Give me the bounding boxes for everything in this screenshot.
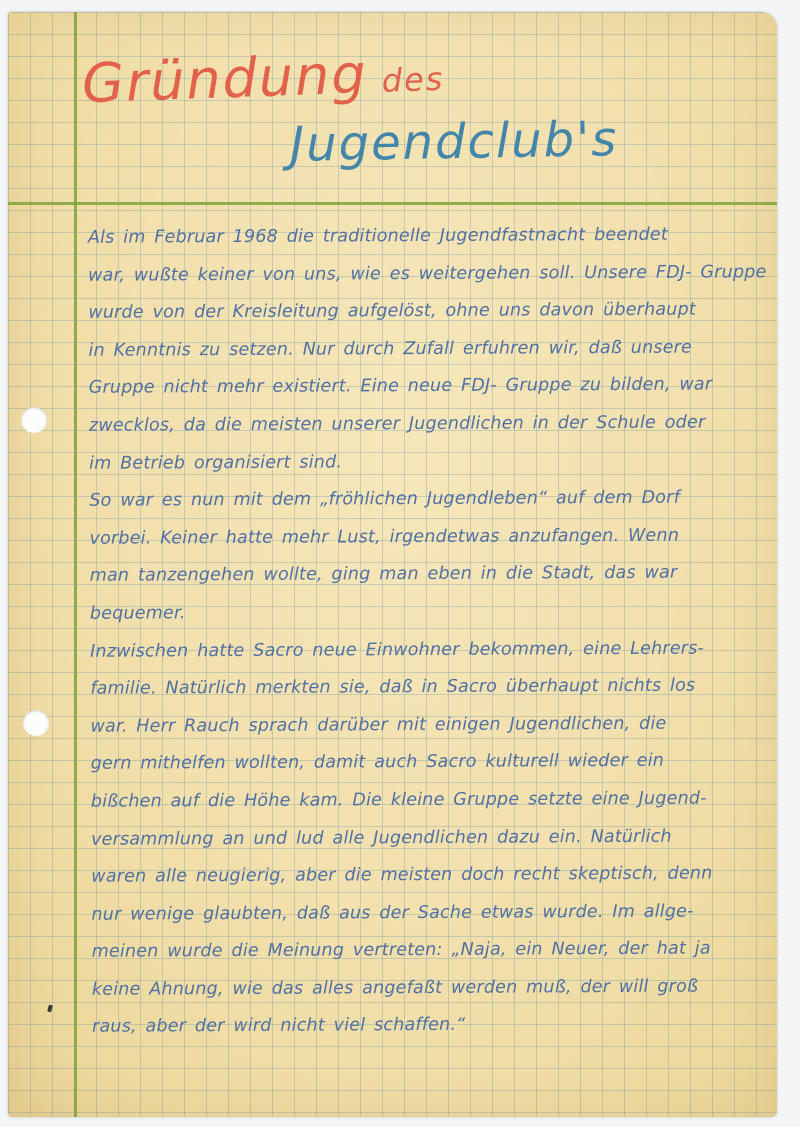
- text-line: keine Ahnung, wie das alles angefaßt wer…: [92, 968, 763, 1009]
- text-line: Inzwischen hatte Sacro neue Einwohner be…: [90, 630, 761, 671]
- document-title-line2: Jugendclub's: [290, 111, 619, 173]
- text-line: nur wenige glaubten, daß aus der Sache e…: [91, 893, 762, 934]
- text-line: versammlung an und lud alle Jugendlichen…: [91, 818, 762, 859]
- text-line: in Kenntnis zu setzen. Nur durch Zufall …: [88, 329, 759, 370]
- text-line: im Betrieb organisiert sind.: [89, 442, 760, 483]
- text-line: bißchen auf die Höhe kam. Die kleine Gru…: [91, 780, 762, 821]
- text-line: meinen wurde die Meinung vertreten: „Naj…: [92, 931, 763, 972]
- notebook-page: Gründungdes Jugendclub's Als im Februar …: [8, 12, 777, 1117]
- text-line: raus, aber der wird nicht viel schaffen.…: [92, 1006, 763, 1047]
- text-line: Als im Februar 1968 die traditionelle Ju…: [88, 216, 759, 257]
- title-word-main: Gründung: [81, 42, 369, 115]
- header-margin-line: [8, 202, 777, 205]
- text-line: Gruppe nicht mehr existiert. Eine neue F…: [89, 367, 760, 408]
- handwritten-body: Als im Februar 1968 die traditionelle Ju…: [88, 216, 763, 1047]
- text-line: gern mithelfen wollten, damit auch Sacro…: [91, 743, 762, 784]
- text-line: vorbei. Keiner hatte mehr Lust, irgendet…: [89, 517, 760, 558]
- text-line: bequemer.: [90, 592, 761, 633]
- punch-hole-top: [21, 407, 47, 433]
- text-line: familie. Natürlich merkten sie, daß in S…: [90, 667, 761, 708]
- scanned-document: { "document": { "kind": "handwritten not…: [0, 0, 800, 1127]
- text-line: war, wußte keiner von uns, wie es weiter…: [88, 254, 759, 295]
- text-line: waren alle neugierig, aber die meisten d…: [91, 855, 762, 896]
- left-margin-line: [74, 12, 77, 1117]
- title-word-small: des: [381, 60, 445, 100]
- punch-hole-bottom: [23, 710, 49, 736]
- text-line: man tanzengehen wollte, ging man eben in…: [90, 555, 761, 596]
- text-line: zwecklos, da die meisten unserer Jugendl…: [89, 404, 760, 445]
- text-line: So war es nun mit dem „fröhlichen Jugend…: [89, 479, 760, 520]
- document-title-line1: Gründungdes: [81, 40, 445, 116]
- ink-speck: [47, 1005, 53, 1013]
- text-line: war. Herr Rauch sprach darüber mit einig…: [90, 705, 761, 746]
- text-line: wurde von der Kreisleitung aufgelöst, oh…: [88, 291, 759, 332]
